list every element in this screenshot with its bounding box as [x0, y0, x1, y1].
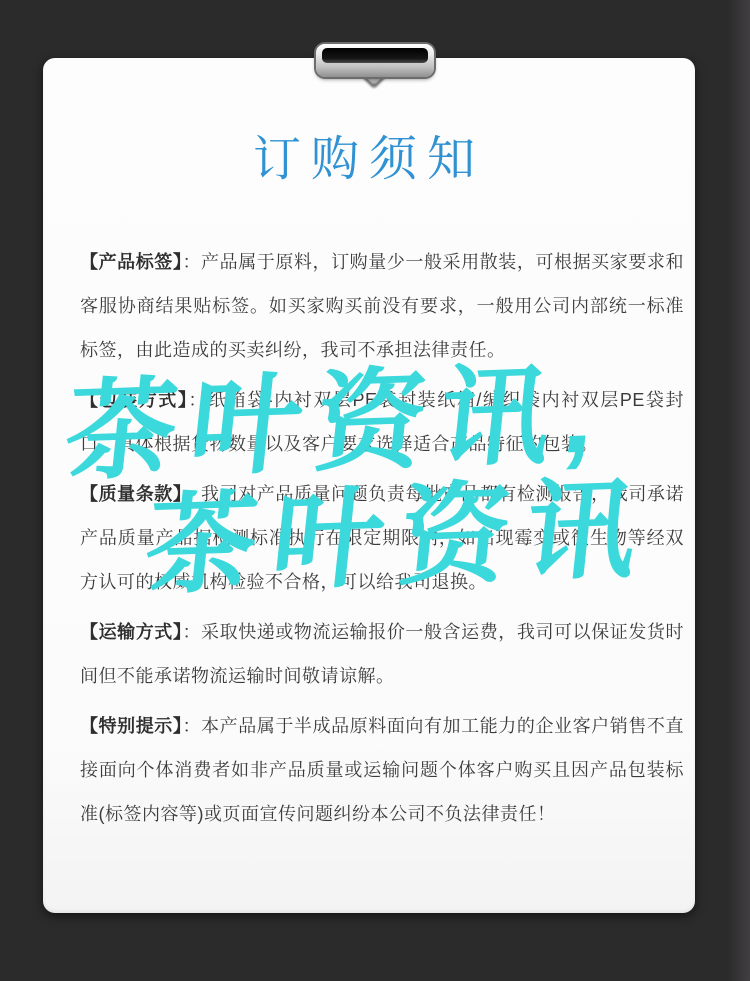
page-title: 订购须知 [43, 120, 695, 189]
watermark-text-1: 茶叶资讯, [60, 359, 614, 488]
watermark-text-2: 茶叶资讯 [140, 474, 658, 602]
binder-clip-slot [322, 48, 428, 63]
notice-paragraph: 【特别提示】：本产品属于半成品原料面向有加工能力的企业客户销售不直接面向个体消费… [80, 704, 684, 836]
notice-heading: 【特别提示】 [80, 716, 182, 736]
page-background: 订购须知 【产品标签】：产品属于原料，订购量少一般采用散装，可根据买家要求和客服… [0, 0, 750, 981]
notice-paragraph: 【运输方式】：采取快递或物流运输报价一般含运费，我司可以保证发货时间但不能承诺物… [80, 610, 684, 698]
notice-heading: 【产品标签】 [80, 252, 182, 272]
notice-heading: 【运输方式】 [80, 622, 182, 642]
binder-clip [316, 44, 434, 77]
